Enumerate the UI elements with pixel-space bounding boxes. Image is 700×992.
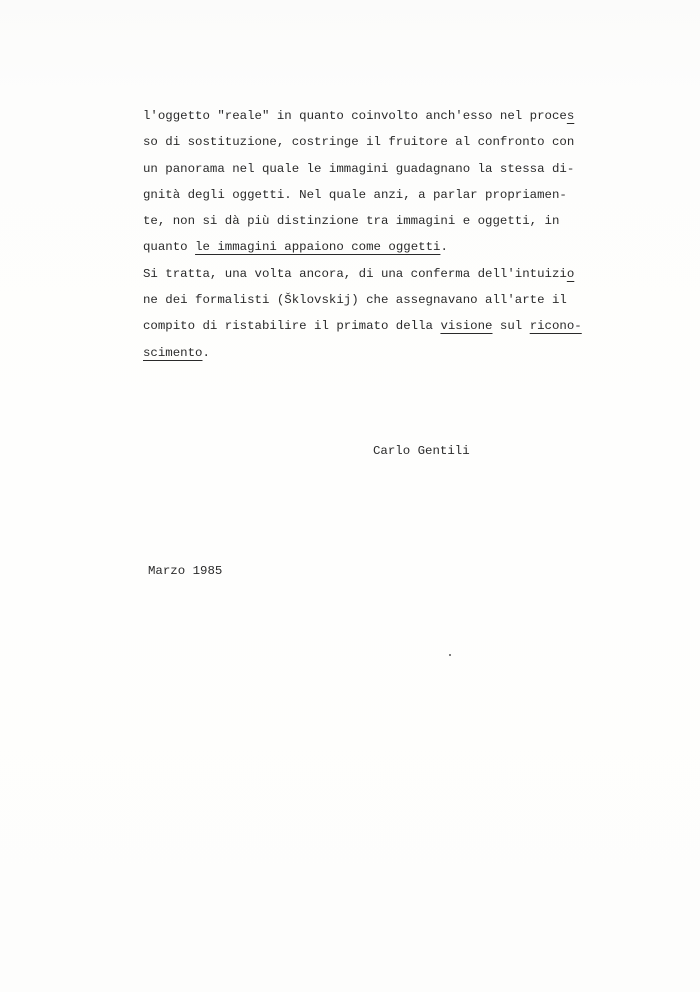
text-segment: te, non si dà più distinzione tra immagi… [143, 214, 559, 228]
text-line: ne dei formalisti (Šklovskij) che assegn… [143, 287, 582, 313]
text-segment: sul [493, 319, 530, 333]
underlined-text: scimento [143, 346, 203, 360]
document-date: Marzo 1985 [148, 564, 222, 578]
text-line: so di sostituzione, costringe il fruitor… [143, 129, 582, 155]
author-signature: Carlo Gentili [373, 444, 470, 458]
text-line: l'oggetto "reale" in quanto coinvolto an… [143, 103, 582, 129]
text-segment: l'oggetto "reale" in quanto coinvolto an… [143, 109, 567, 123]
text-line: compito di ristabilire il primato della … [143, 313, 582, 339]
underlined-text: le immagini appaiono come oggetti [195, 240, 440, 254]
text-line: scimento. [143, 340, 582, 366]
underlined-text: o [567, 267, 574, 281]
underlined-text: s [567, 109, 574, 123]
text-line: quanto le immagini appaiono come oggetti… [143, 234, 582, 260]
paper-speck [449, 654, 451, 656]
text-line: te, non si dà più distinzione tra immagi… [143, 208, 582, 234]
text-segment: so di sostituzione, costringe il fruitor… [143, 135, 574, 149]
underlined-text: visione [440, 319, 492, 333]
text-segment: . [203, 346, 210, 360]
text-line: un panorama nel quale le immagini guadag… [143, 156, 582, 182]
text-line: Si tratta, una volta ancora, di una conf… [143, 261, 582, 287]
text-line: gnità degli oggetti. Nel quale anzi, a p… [143, 182, 582, 208]
text-segment: compito di ristabilire il primato della [143, 319, 440, 333]
text-segment: gnità degli oggetti. Nel quale anzi, a p… [143, 188, 567, 202]
text-segment: . [440, 240, 447, 254]
body-paragraph: l'oggetto "reale" in quanto coinvolto an… [143, 103, 582, 366]
typewritten-page: l'oggetto "reale" in quanto coinvolto an… [0, 0, 700, 992]
text-segment: un panorama nel quale le immagini guadag… [143, 162, 574, 176]
underlined-text: ricono- [530, 319, 582, 333]
text-segment: Si tratta, una volta ancora, di una conf… [143, 267, 567, 281]
text-segment: ne dei formalisti (Šklovskij) che assegn… [143, 293, 567, 307]
text-segment: quanto [143, 240, 195, 254]
